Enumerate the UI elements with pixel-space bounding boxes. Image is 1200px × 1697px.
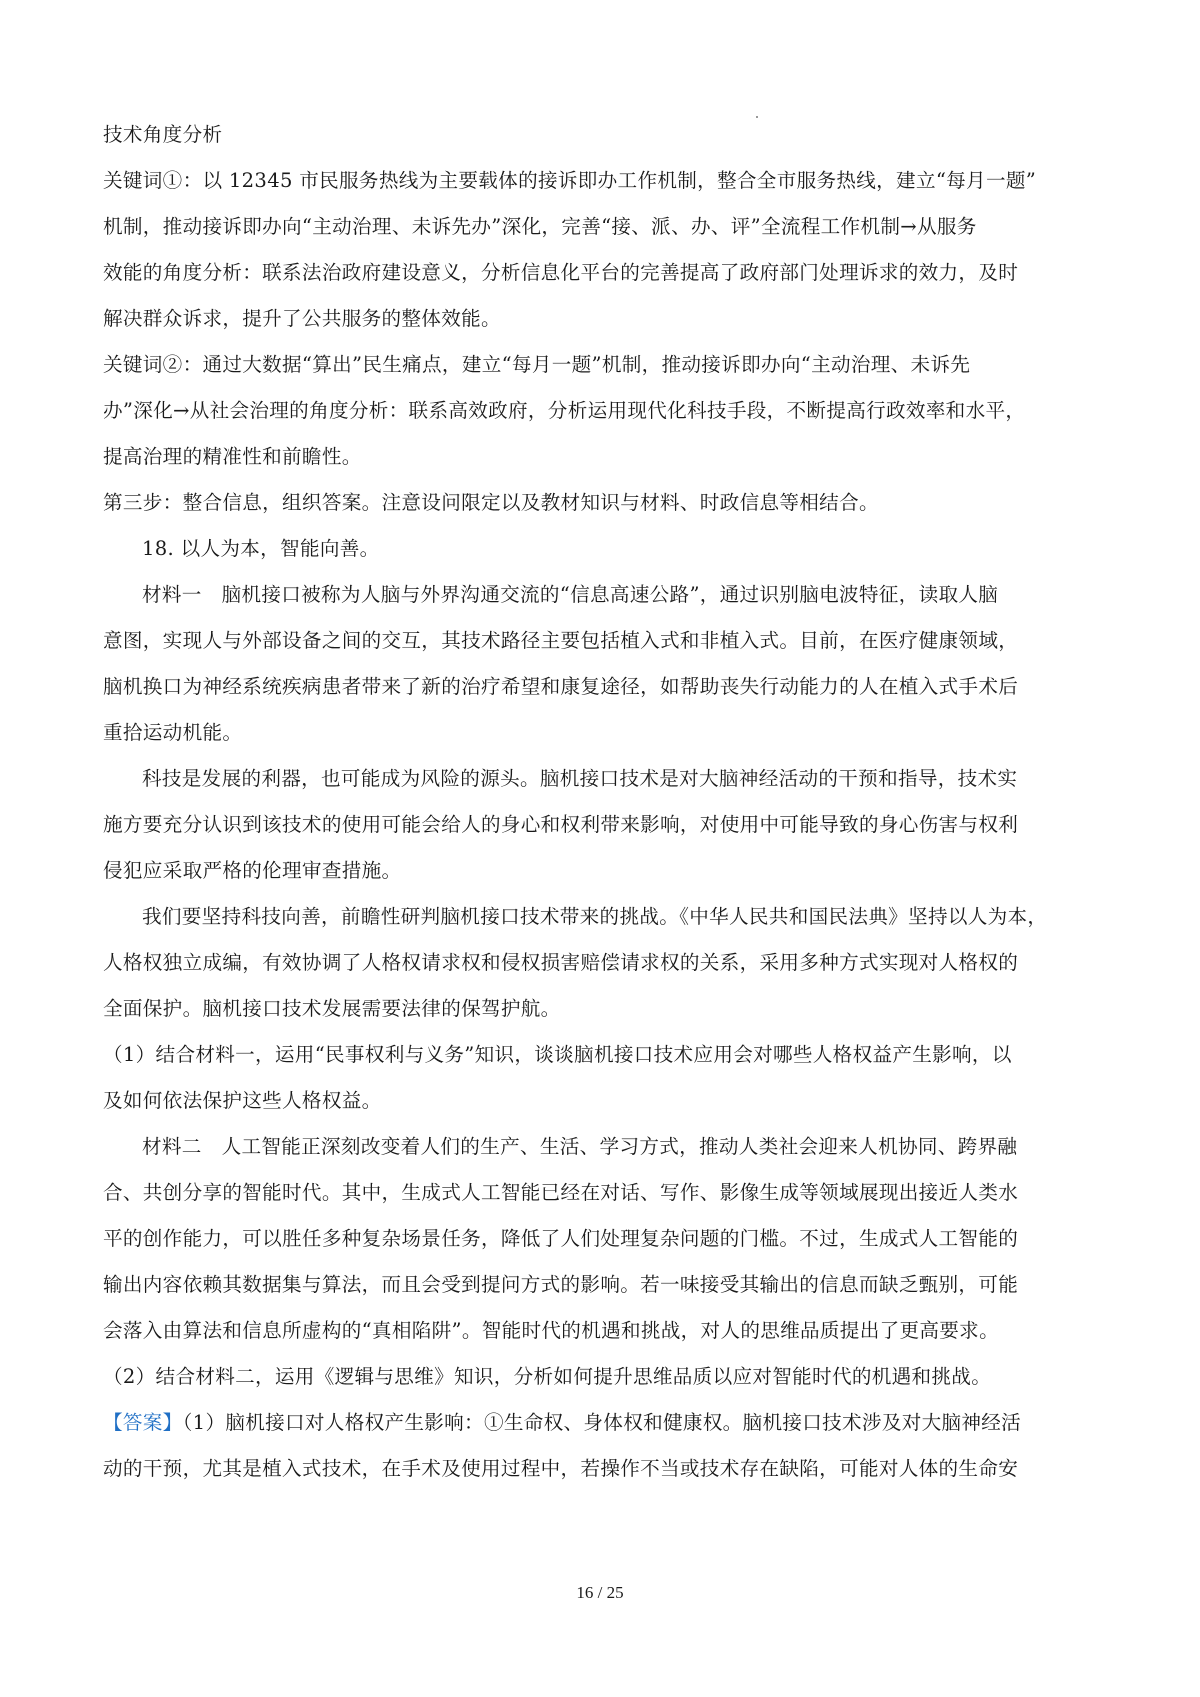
- material-line: 材料二 人工智能正深刻改变着人们的生产、生活、学习方式，推动人类社会迎来人机协同…: [103, 1124, 1096, 1170]
- page-number: 16 / 25: [0, 1583, 1200, 1603]
- material-line: 科技是发展的利器，也可能成为风险的源头。脑机接口技术是对大脑神经活动的干预和指导…: [103, 756, 1096, 802]
- sub-question-1: （1）结合材料一，运用“民事权利与义务”知识，谈谈脑机接口技术应用会对哪些人格权…: [103, 1032, 1096, 1124]
- answer-block: 【答案】（1）脑机接口对人格权产生影响：①生命权、身体权和健康权。脑机接口技术涉…: [103, 1400, 1096, 1492]
- keyword2-line: 提高治理的精准性和前瞻性。: [103, 434, 1096, 480]
- material-line: 合、共创分享的智能时代。其中，生成式人工智能已经在对话、写作、影像生成等领域展现…: [103, 1170, 1096, 1216]
- material-line: 会落入由算法和信息所虚构的“真相陷阱”。智能时代的机遇和挑战，对人的思维品质提出…: [103, 1308, 1096, 1354]
- question-18-title: 18. 以人为本，智能向善。: [103, 526, 1096, 572]
- sub-question-2: （2）结合材料二，运用《逻辑与思维》知识，分析如何提升思维品质以应对智能时代的机…: [103, 1354, 1096, 1400]
- material-line: 人格权独立成编，有效协调了人格权请求权和侵权损害赔偿请求权的关系，采用多种方式实…: [103, 940, 1096, 986]
- keyword2-line: 办”深化→从社会治理的角度分析：联系高效政府，分析运用现代化科技手段，不断提高行…: [103, 388, 1096, 434]
- answer-text: （1）脑机接口对人格权产生影响：①生命权、身体权和健康权。脑机接口技术涉及对大脑…: [183, 1411, 1022, 1434]
- material-line: 我们要坚持科技向善，前瞻性研判脑机接口技术带来的挑战。《中华人民共和国民法典》坚…: [103, 894, 1096, 940]
- material1-paragraph3: 我们要坚持科技向善，前瞻性研判脑机接口技术带来的挑战。《中华人民共和国民法典》坚…: [103, 894, 1096, 1032]
- step3-text: 第三步：整合信息，组织答案。注意设问限定以及教材知识与材料、时政信息等相结合。: [103, 480, 1096, 526]
- keyword1-block: 关键词①：以 12345 市民服务热线为主要载体的接诉即办工作机制，整合全市服务…: [103, 158, 1096, 342]
- keyword2-line: 关键词②：通过大数据“算出”民生痛点，建立“每月一题”机制，推动接诉即办向“主动…: [103, 342, 1096, 388]
- section-heading: 技术角度分析: [103, 112, 1096, 158]
- material-line: 意图，实现人与外部设备之间的交互，其技术路径主要包括植入式和非植入式。目前，在医…: [103, 618, 1096, 664]
- material1-paragraph1: 材料一 脑机接口被称为人脑与外界沟通交流的“信息高速公路”，通过识别脑电波特征，…: [103, 572, 1096, 756]
- material-line: 输出内容依赖其数据集与算法，而且会受到提问方式的影响。若一味接受其输出的信息而缺…: [103, 1262, 1096, 1308]
- material2-paragraph: 材料二 人工智能正深刻改变着人们的生产、生活、学习方式，推动人类社会迎来人机协同…: [103, 1124, 1096, 1354]
- material-line: 重拾运动机能。: [103, 710, 1096, 756]
- keyword1-line: 机制，推动接诉即办向“主动治理、未诉先办”深化，完善“接、派、办、评”全流程工作…: [103, 204, 1096, 250]
- sub-question-line: 及如何依法保护这些人格权益。: [103, 1078, 1096, 1124]
- document-page: 技术角度分析 关键词①：以 12345 市民服务热线为主要载体的接诉即办工作机制…: [103, 112, 1096, 1492]
- answer-tag: 【答案】: [103, 1411, 183, 1434]
- material-line: 材料一 脑机接口被称为人脑与外界沟通交流的“信息高速公路”，通过识别脑电波特征，…: [103, 572, 1096, 618]
- keyword2-block: 关键词②：通过大数据“算出”民生痛点，建立“每月一题”机制，推动接诉即办向“主动…: [103, 342, 1096, 480]
- keyword1-line: 解决群众诉求，提升了公共服务的整体效能。: [103, 296, 1096, 342]
- material-line: 全面保护。脑机接口技术发展需要法律的保驾护航。: [103, 986, 1096, 1032]
- keyword1-line: 效能的角度分析：联系法治政府建设意义，分析信息化平台的完善提高了政府部门处理诉求…: [103, 250, 1096, 296]
- keyword1-line: 关键词①：以 12345 市民服务热线为主要载体的接诉即办工作机制，整合全市服务…: [103, 158, 1096, 204]
- answer-line: 【答案】（1）脑机接口对人格权产生影响：①生命权、身体权和健康权。脑机接口技术涉…: [103, 1400, 1096, 1446]
- material1-paragraph2: 科技是发展的利器，也可能成为风险的源头。脑机接口技术是对大脑神经活动的干预和指导…: [103, 756, 1096, 894]
- material-line: 平的创作能力，可以胜任多种复杂场景任务，降低了人们处理复杂问题的门槛。不过，生成…: [103, 1216, 1096, 1262]
- material-line: 脑机换口为神经系统疾病患者带来了新的治疗希望和康复途径，如帮助丧失行动能力的人在…: [103, 664, 1096, 710]
- material-line: 侵犯应采取严格的伦理审查措施。: [103, 848, 1096, 894]
- sub-question-line: （1）结合材料一，运用“民事权利与义务”知识，谈谈脑机接口技术应用会对哪些人格权…: [103, 1032, 1096, 1078]
- answer-line: 动的干预，尤其是植入式技术，在手术及使用过程中，若操作不当或技术存在缺陷，可能对…: [103, 1446, 1096, 1492]
- material-line: 施方要充分认识到该技术的使用可能会给人的身心和权利带来影响，对使用中可能导致的身…: [103, 802, 1096, 848]
